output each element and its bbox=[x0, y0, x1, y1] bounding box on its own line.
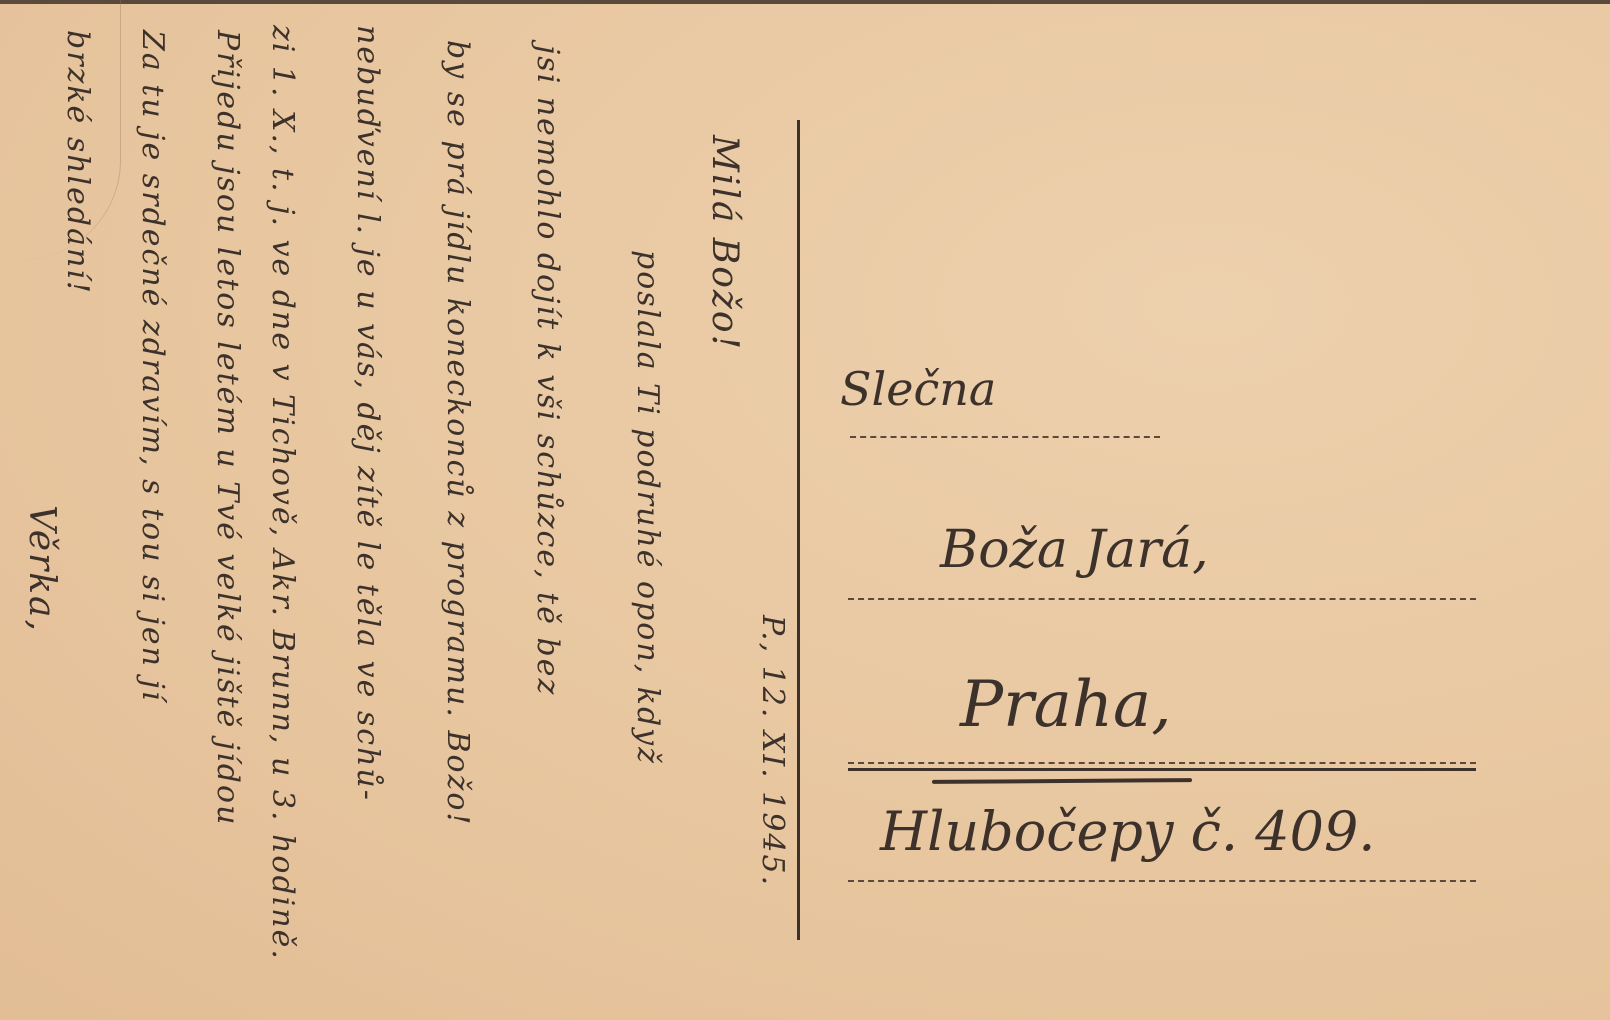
address-city-rule bbox=[848, 768, 1476, 771]
address-line-2 bbox=[848, 598, 1476, 600]
message-line-1: poslala Ti podruhé opon, když bbox=[630, 250, 665, 765]
message-line-6: Přijedu jsou letos letém u Tvé velké jiš… bbox=[210, 30, 245, 826]
address-salutation: Slečna bbox=[840, 362, 996, 416]
address-line-4 bbox=[848, 880, 1476, 882]
address-line-3 bbox=[848, 762, 1476, 764]
scan-edge bbox=[0, 0, 1610, 4]
address-street: Hlubočepy č. 409. bbox=[880, 800, 1375, 863]
city-underline bbox=[932, 778, 1192, 784]
message-line-5: zi 1. X., t. j. ve dne v Tichově, Akr. B… bbox=[265, 25, 300, 961]
signature: Věrka, bbox=[21, 505, 62, 633]
message-line-4: nebuďvení l. je u vás, děj zítě le těla … bbox=[350, 25, 385, 802]
message-line-2: jsi nemohlo dojít k vši schůzce, tě bez bbox=[530, 45, 565, 696]
place-date: P., 12. XI. 1945. bbox=[755, 615, 790, 887]
address-city: Praha, bbox=[960, 668, 1172, 742]
message-line-3: by se prá jídlu koneckonců z programu. B… bbox=[440, 40, 475, 826]
salutation: Milá Božo! bbox=[704, 135, 745, 351]
message-line-8: brzké shledání! bbox=[60, 30, 95, 295]
postcard: P., 12. XI. 1945. Milá Božo! poslala Ti … bbox=[0, 0, 1610, 1020]
address-name: Boža Jará, bbox=[940, 520, 1209, 580]
center-divider bbox=[797, 120, 800, 940]
message-line-7: Za tu je srdečné zdravím, s tou si jen j… bbox=[135, 30, 170, 702]
address-line-1 bbox=[850, 436, 1160, 438]
